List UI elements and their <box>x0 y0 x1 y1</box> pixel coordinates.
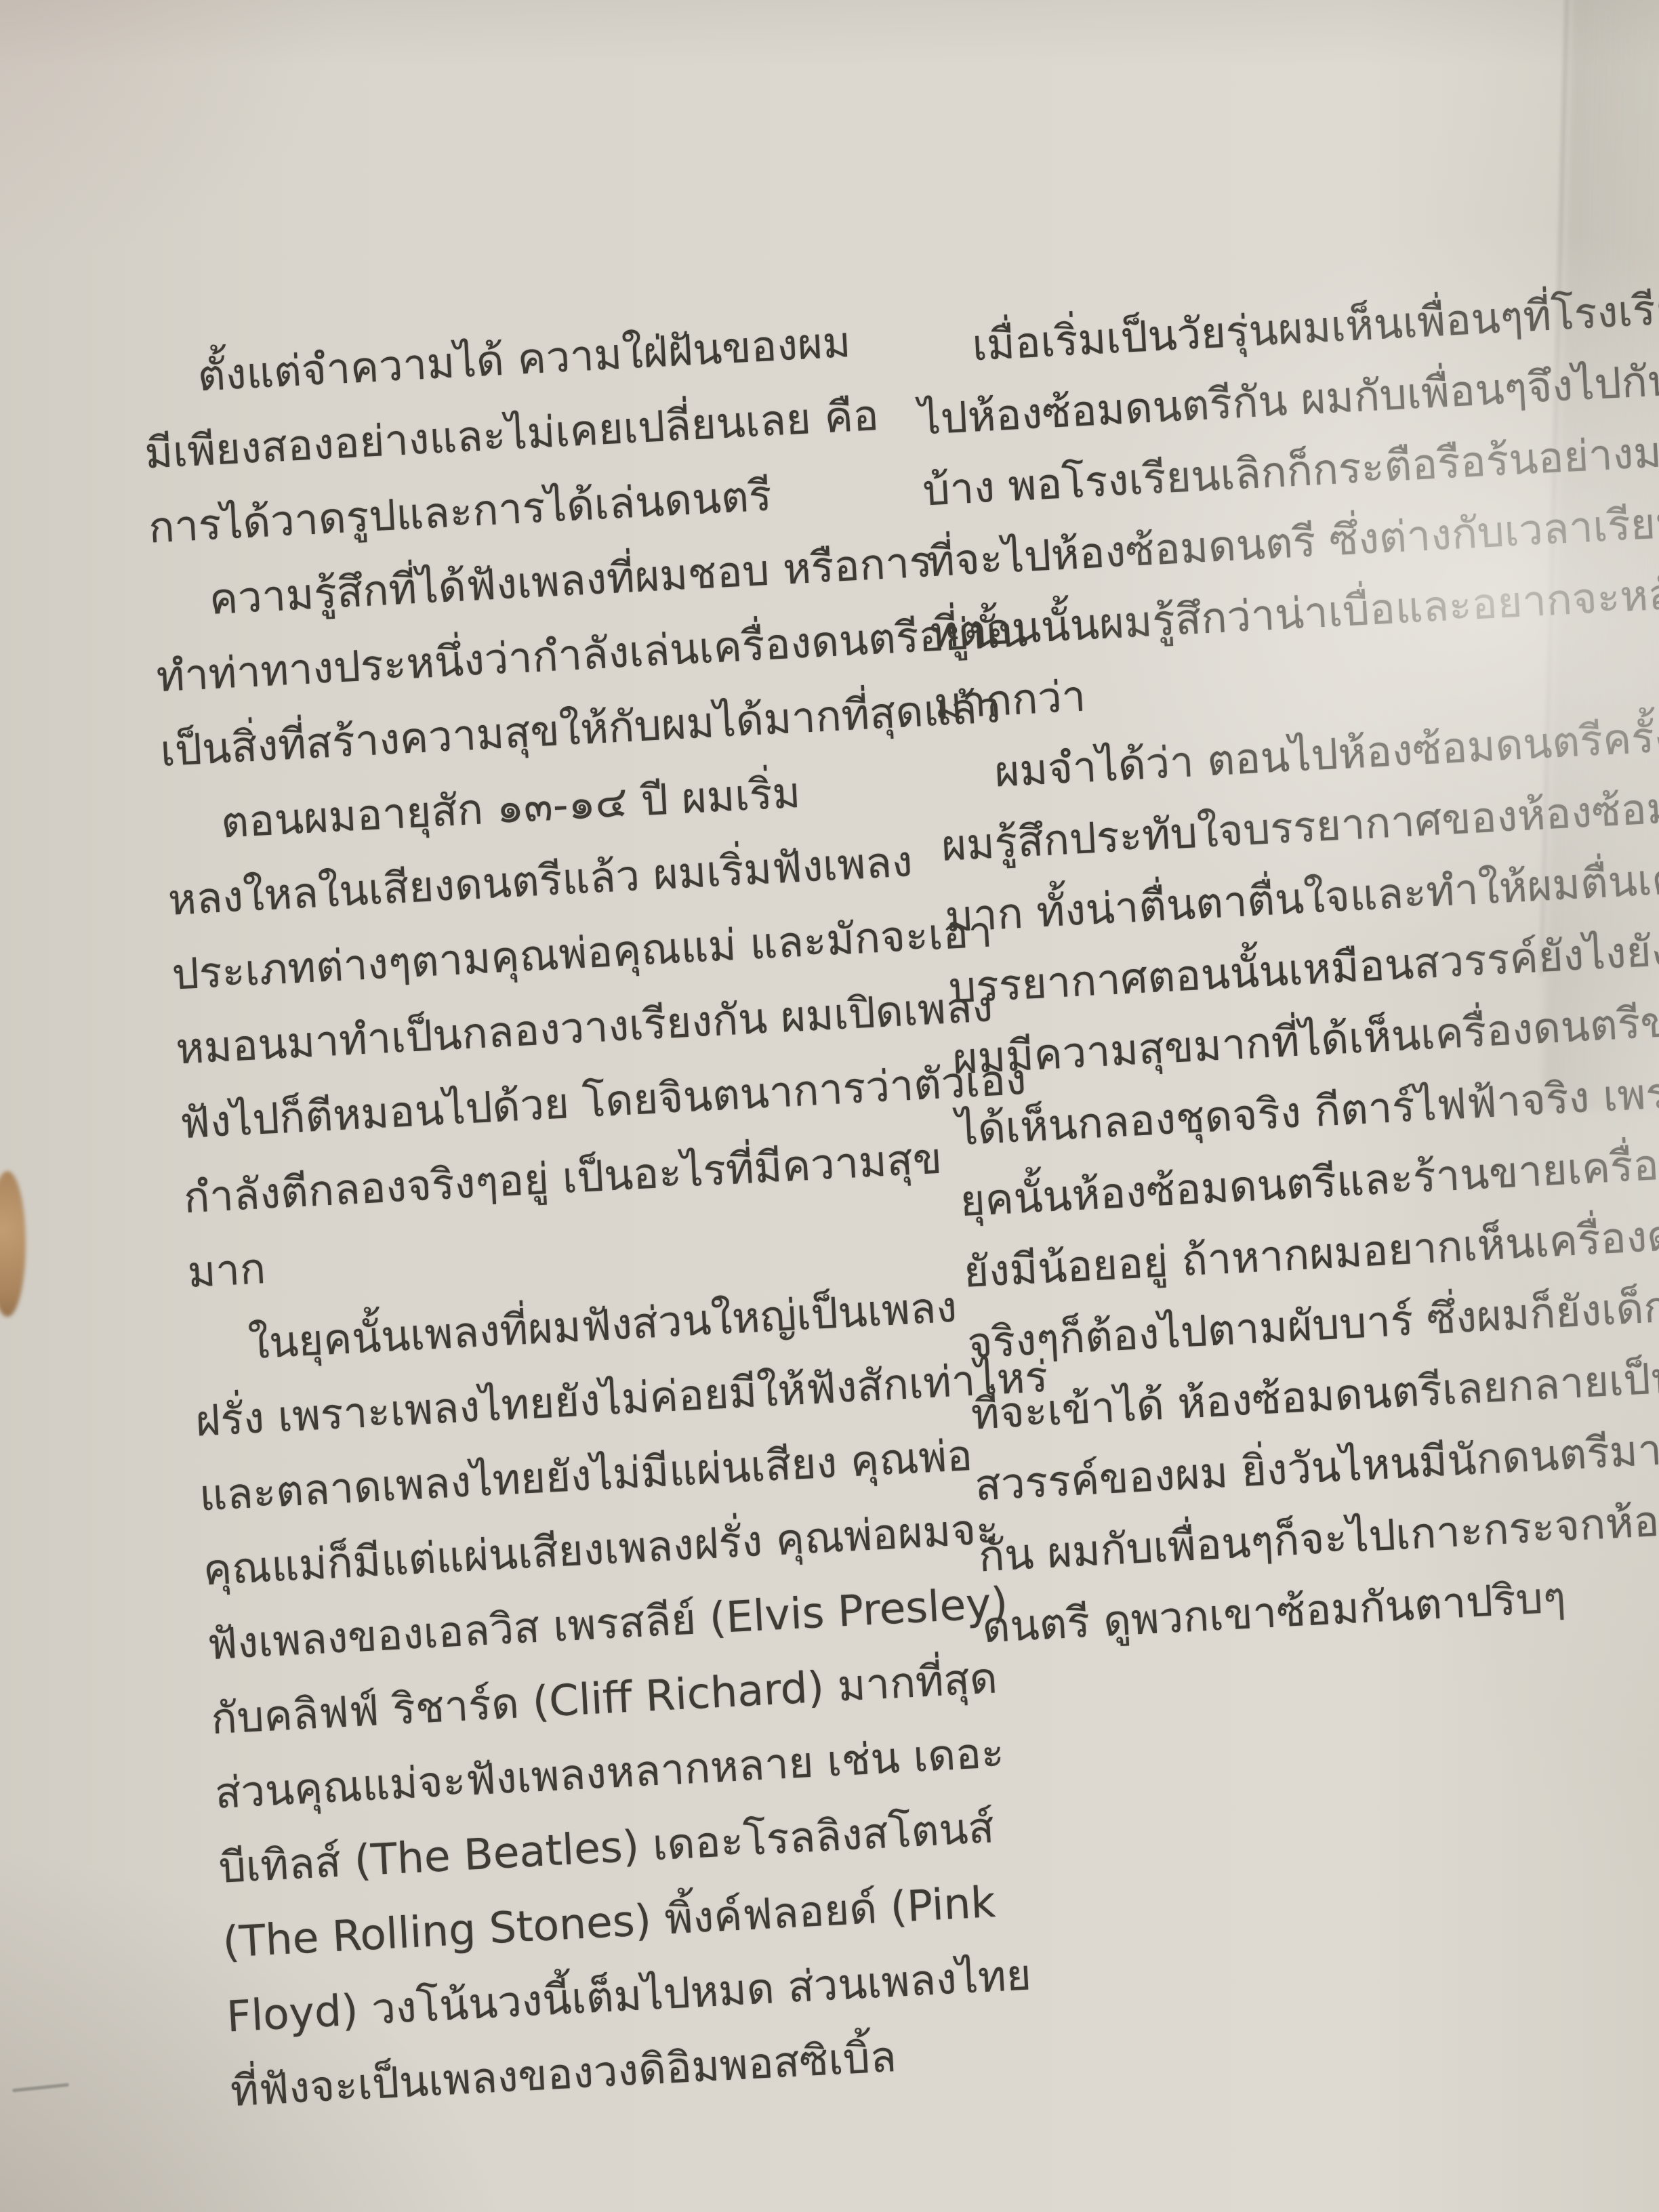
fingertip <box>0 1171 26 1317</box>
pencil-smudge-mark <box>12 2083 69 2093</box>
text-column-right: เมื่อเริ่มเป็นวัยรุ่นผมเห็นเพื่อนๆที่โรง… <box>914 270 1659 1664</box>
book-page-photo: ตั้งแต่จำความได้ ความใฝ่ฝันของผมมีเพียงส… <box>0 0 1659 2212</box>
